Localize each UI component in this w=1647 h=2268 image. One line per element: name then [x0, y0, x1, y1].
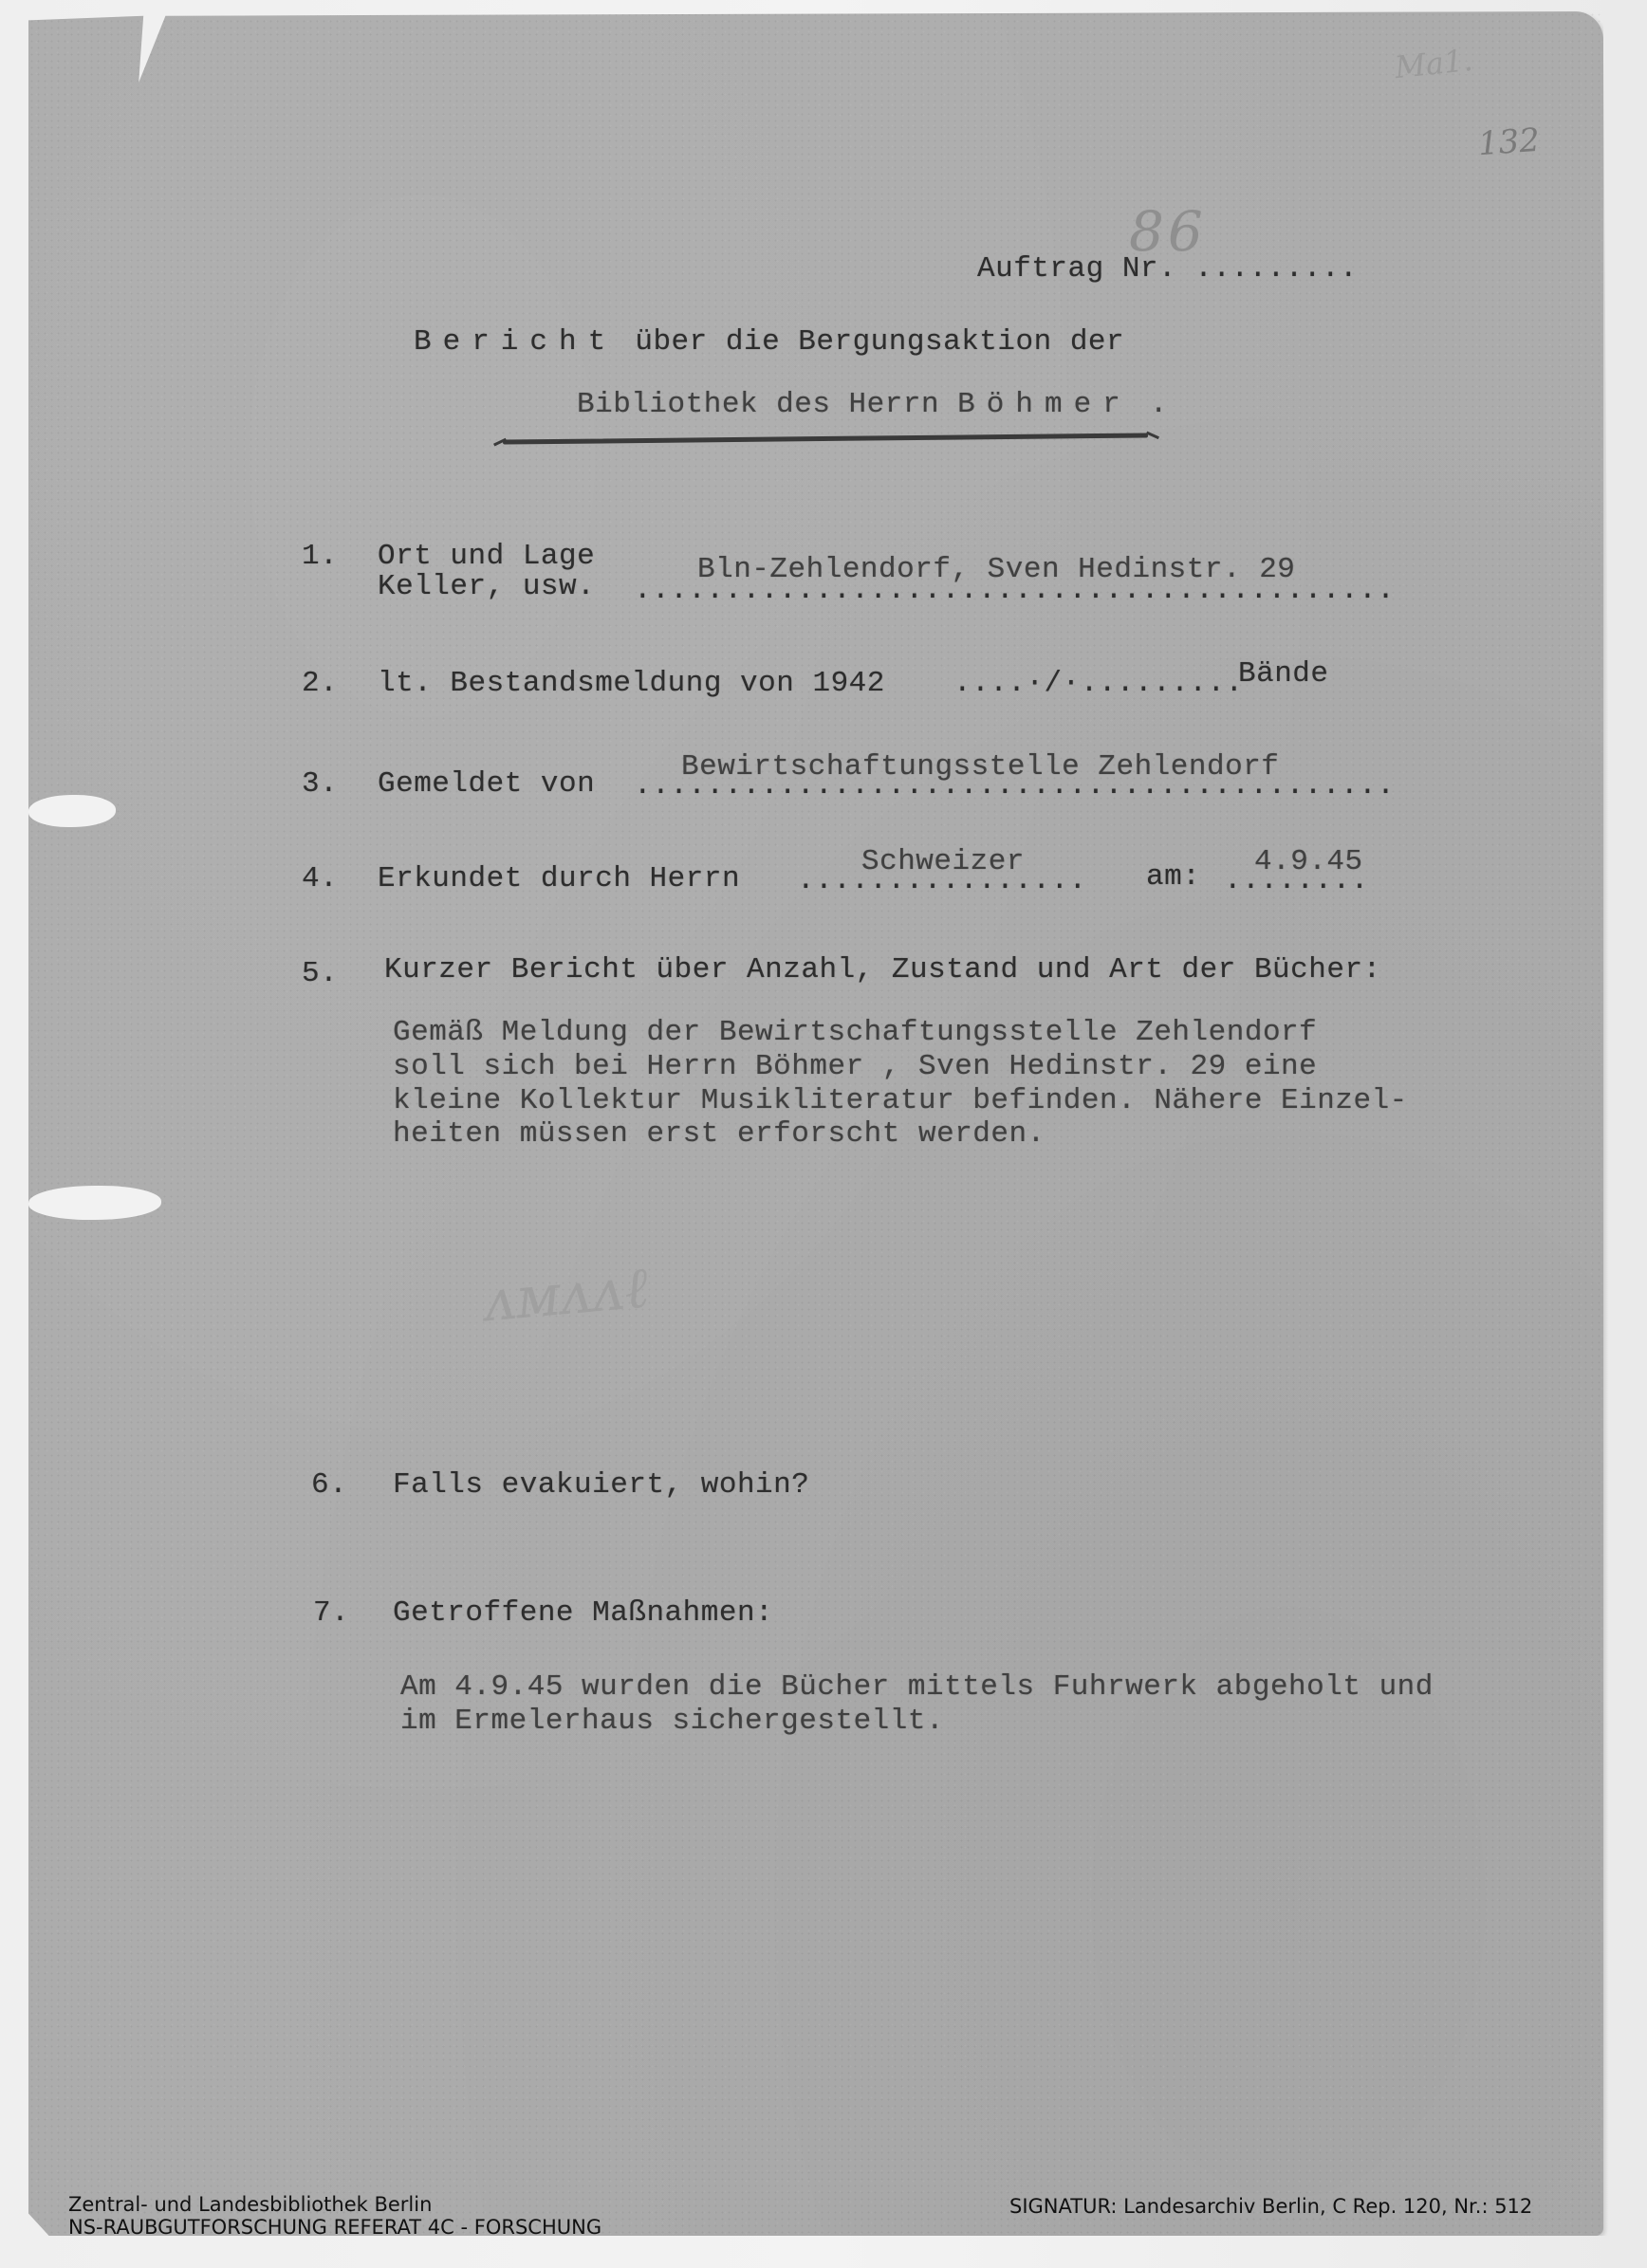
title-owner-name: Böhmer — [957, 388, 1132, 421]
title-bergungsaktion: über die Bergungsaktion der — [635, 325, 1124, 359]
item-7-label: Getroffene Maßnahmen: — [393, 1595, 773, 1631]
item-4-date-label: am: — [1146, 859, 1200, 894]
item-3-number: 3. — [302, 766, 338, 802]
document-title-line-1: Bericht über die Bergungsaktion der — [414, 324, 1124, 360]
document-title-line-2: Bibliothek des Herrn Böhmer . — [577, 387, 1168, 422]
title-bericht: Bericht — [414, 325, 617, 359]
item-6-label: Falls evakuiert, wohin? — [393, 1467, 809, 1503]
title-period: . — [1132, 388, 1168, 421]
item-1-label-line-2: Keller, usw. — [378, 569, 595, 604]
item-2-dotted-line: ....·/·......... — [953, 666, 1244, 701]
item-5-body-line-1: Gemäß Meldung der Bewirtschaftungsstelle… — [393, 1015, 1317, 1050]
item-3-label: Gemeldet von — [378, 766, 595, 802]
item-3-dotted-line: ........................................… — [634, 768, 1395, 803]
footer-institution: Zentral- und Landesbibliothek Berlin NS-… — [68, 2193, 601, 2239]
item-1-number: 1. — [302, 539, 338, 574]
item-5-number: 5. — [302, 956, 338, 991]
item-4-number: 4. — [302, 861, 338, 896]
item-7-body-line-2: im Ermelerhaus sichergestellt. — [400, 1704, 944, 1739]
auftrag-number-label: Auftrag Nr. ......... — [977, 251, 1358, 286]
title-bibliothek: Bibliothek des Herrn — [577, 388, 957, 421]
item-4-date-dotted-line: ........ — [1224, 863, 1369, 898]
punch-hole-bottom — [28, 1186, 161, 1220]
item-4-dotted-line: ................ — [797, 863, 1087, 898]
footer-signature-reference: SIGNATUR: Landesarchiv Berlin, C Rep. 12… — [1009, 2195, 1532, 2218]
item-5-body-line-4: heiten müssen erst erforscht werden. — [393, 1116, 1046, 1152]
item-2-baende-suffix: Bände — [1238, 656, 1329, 691]
item-1-dotted-line: ........................................… — [634, 573, 1395, 608]
footer-department: NS-RAUBGUTFORSCHUNG REFERAT 4C - FORSCHU… — [68, 2216, 601, 2239]
item-5-body-line-2: soll sich bei Herrn Böhmer , Sven Hedins… — [393, 1049, 1317, 1084]
item-6-number: 6. — [311, 1467, 347, 1503]
punch-hole-top — [28, 795, 116, 827]
handwritten-page-number: 132 — [1477, 121, 1542, 163]
item-7-body-line-1: Am 4.9.45 wurden die Bücher mittels Fuhr… — [400, 1669, 1434, 1705]
item-5-label: Kurzer Bericht über Anzahl, Zustand und … — [384, 952, 1381, 987]
item-2-label: lt. Bestandsmeldung von 1942 — [378, 666, 885, 701]
footer-library-name: Zentral- und Landesbibliothek Berlin — [68, 2193, 601, 2216]
item-2-number: 2. — [302, 666, 338, 701]
item-7-number: 7. — [313, 1595, 349, 1631]
item-5-body-line-3: kleine Kollektur Musikliteratur befinden… — [393, 1083, 1408, 1118]
item-4-label: Erkundet durch Herrn — [378, 861, 740, 896]
